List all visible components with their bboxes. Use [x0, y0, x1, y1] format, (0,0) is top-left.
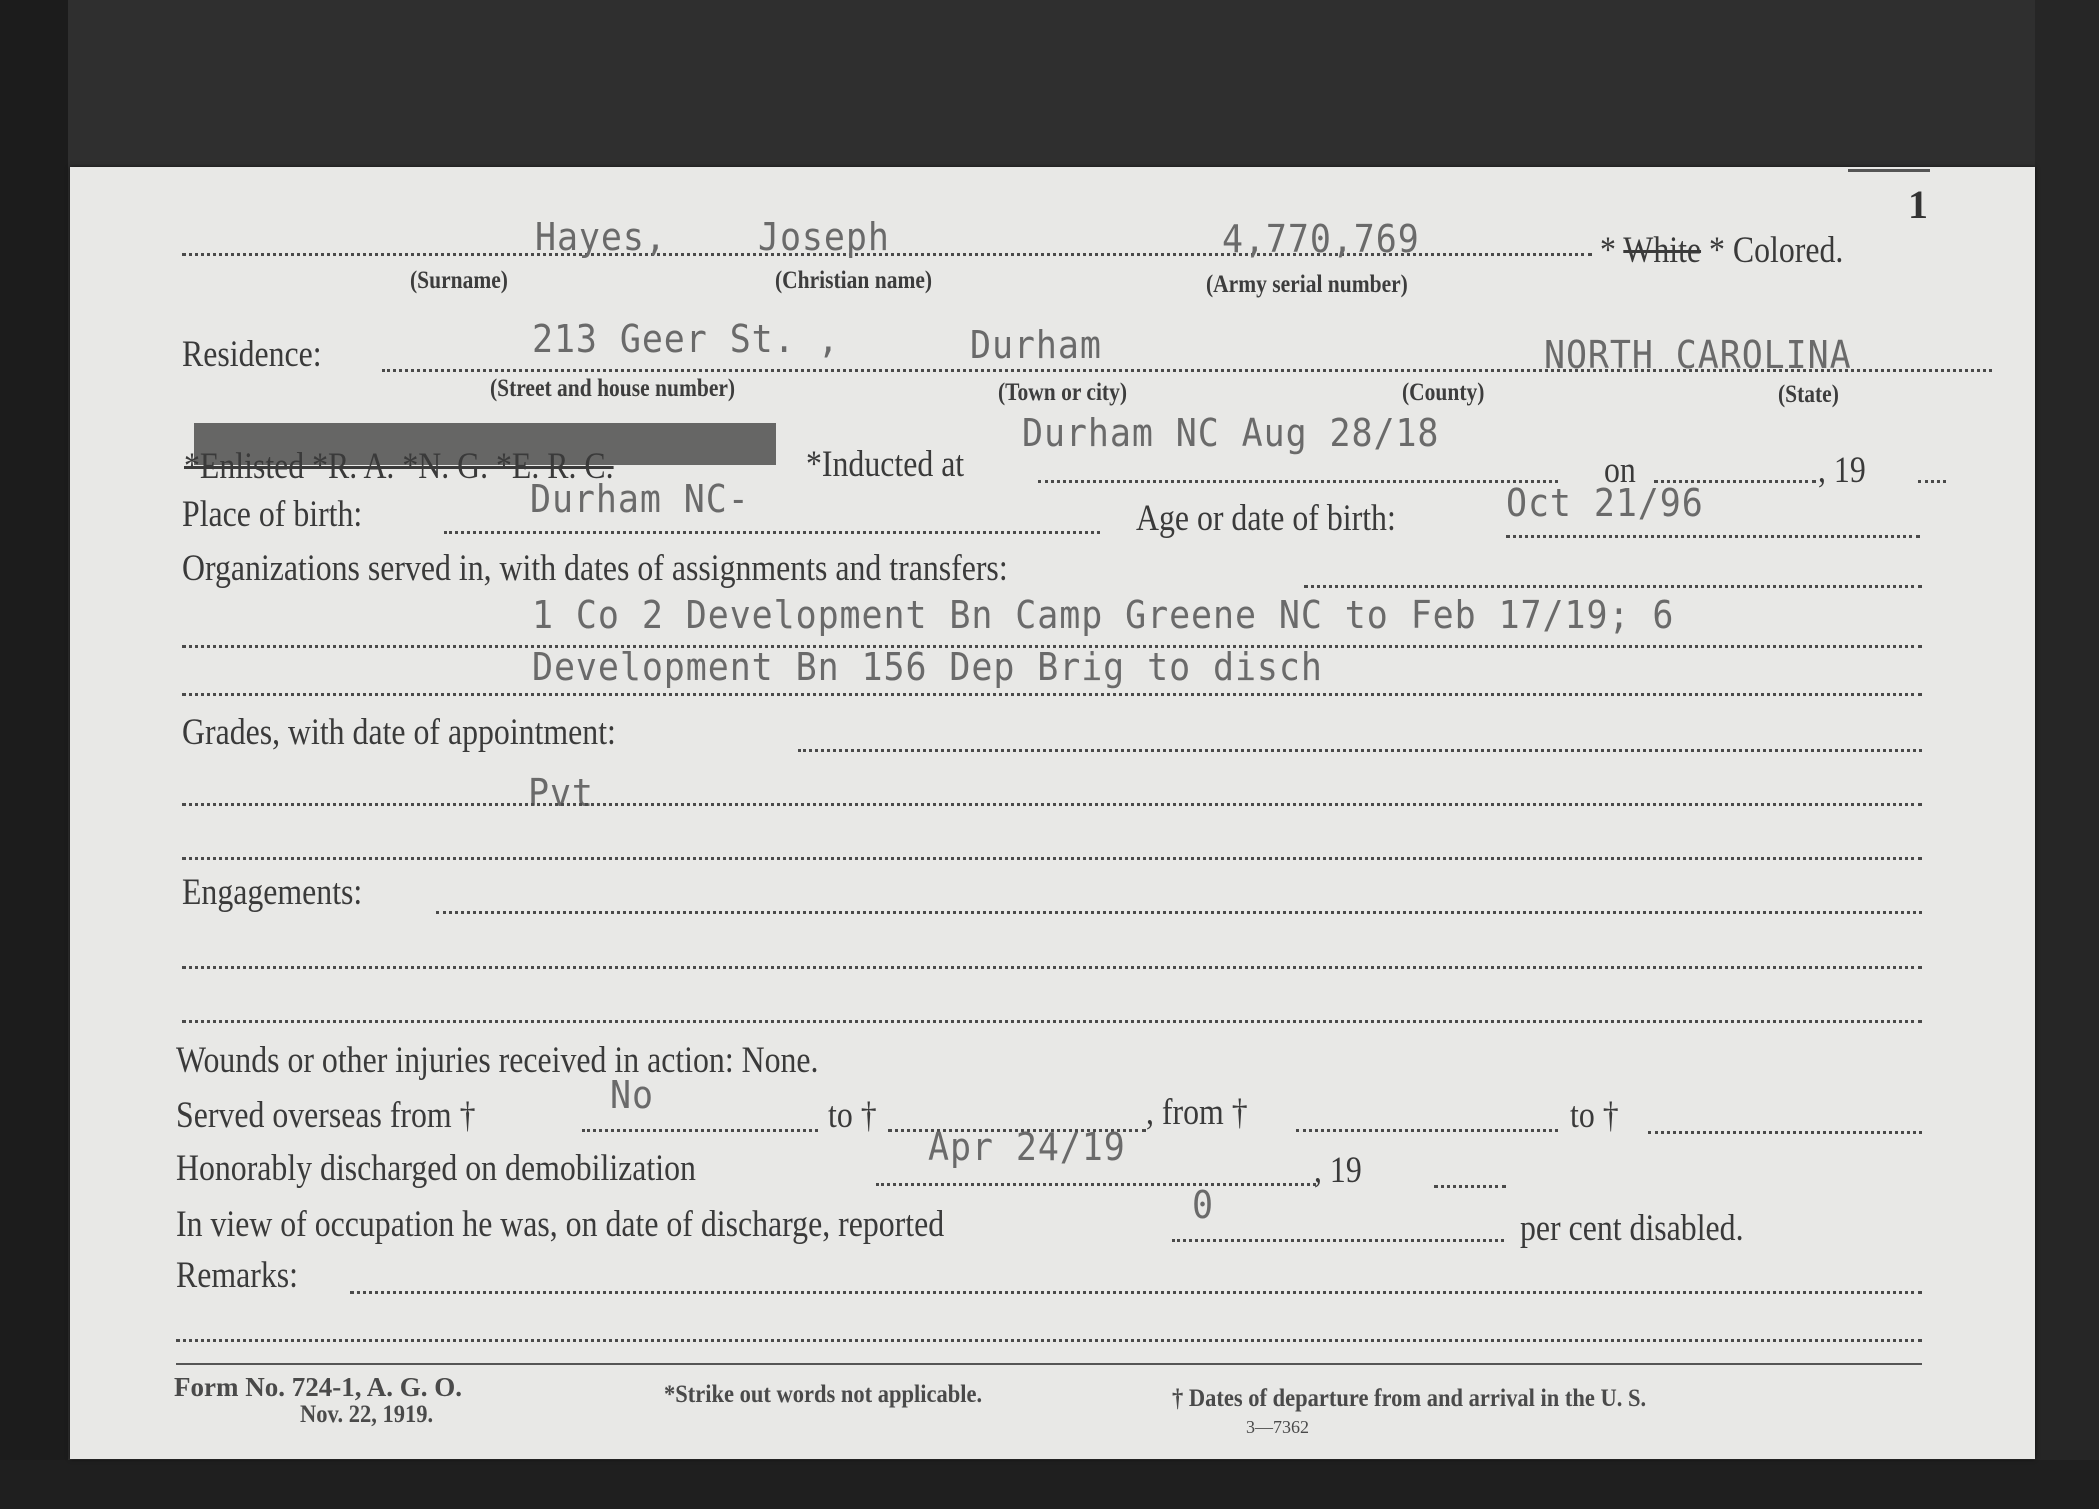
- discharge-value: Apr 24/19: [928, 1125, 1126, 1169]
- scanner-background-bottom: [0, 1460, 2099, 1509]
- remarks-label: Remarks:: [176, 1254, 298, 1297]
- residence-street-value: 213 Geer St. ,: [532, 317, 840, 361]
- discharge-label: Honorably discharged on demobilization: [176, 1147, 696, 1190]
- footer-rule: [176, 1363, 1922, 1365]
- christian-name-value: Joseph: [758, 215, 890, 259]
- residence-state-value: NORTH CAROLINA: [1544, 333, 1852, 377]
- overseas-from-value: No: [610, 1073, 654, 1117]
- race-option-colored: Colored.: [1733, 230, 1843, 271]
- service-record-card: 1 Hayes, Joseph 4,770,769 * White * Colo…: [70, 167, 2035, 1459]
- print-code: 3—7362: [1246, 1417, 1309, 1438]
- army-serial-number-value: 4,770,769: [1222, 217, 1420, 261]
- grades-line-2: [182, 857, 1922, 860]
- overseas-to2-label: to †: [1570, 1094, 1619, 1137]
- overseas-from-label: Served overseas from †: [176, 1094, 476, 1137]
- overseas-from2-label: , from †: [1146, 1091, 1248, 1134]
- organizations-line-2: [182, 693, 1922, 696]
- strike-note: *Strike out words not applicable.: [664, 1381, 982, 1409]
- inducted-at-value: Durham NC Aug 28/18: [1022, 411, 1439, 455]
- date-of-birth-value: Oct 21/96: [1506, 481, 1704, 525]
- county-caption: (County): [1402, 379, 1484, 407]
- surname-caption: (Surname): [410, 267, 508, 295]
- form-date: Nov. 22, 1919.: [300, 1401, 433, 1429]
- wounds-value: None.: [742, 1040, 819, 1081]
- date-of-birth-label: Age or date of birth:: [1136, 497, 1396, 540]
- discharge-year-label: , 19: [1314, 1149, 1362, 1192]
- grades-label: Grades, with date of appointment:: [182, 711, 616, 754]
- inducted-year-line: [1918, 480, 1946, 483]
- place-of-birth-label: Place of birth:: [182, 493, 362, 536]
- scanner-background-right: [2035, 0, 2099, 1509]
- overseas-from-line: [582, 1129, 818, 1132]
- grades-line-0: [798, 749, 1922, 752]
- place-of-birth-line: [444, 531, 1100, 534]
- engagements-line-0: [436, 911, 1922, 914]
- inducted-at-line: [1038, 480, 1558, 483]
- disability-label: In view of occupation he was, on date of…: [176, 1203, 944, 1246]
- state-caption: (State): [1778, 381, 1839, 409]
- card-number-rule: [1848, 169, 1930, 172]
- organizations-line-0: [1304, 585, 1922, 588]
- discharge-line: [876, 1183, 1316, 1186]
- grades-line-1: [182, 803, 1922, 806]
- town-caption: (Town or city): [998, 379, 1127, 407]
- organizations-entry-2: Development Bn 156 Dep Brig to disch: [532, 645, 1323, 689]
- scanner-background-left: [0, 0, 68, 1509]
- surname-value: Hayes,: [535, 215, 667, 259]
- engagements-line-2: [182, 1020, 1922, 1023]
- overseas-to2-line: [1648, 1131, 1922, 1134]
- inducted-year-label: , 19: [1818, 449, 1866, 492]
- disability-line: [1172, 1239, 1504, 1242]
- race-field: * White * Colored.: [1600, 229, 1843, 272]
- wounds-field: Wounds or other injuries received in act…: [176, 1039, 819, 1082]
- overseas-to-label: to †: [828, 1094, 877, 1137]
- army-serial-caption: (Army serial number): [1206, 271, 1408, 299]
- race-option-white: White: [1623, 230, 1701, 271]
- overseas-from2-line: [1296, 1129, 1558, 1132]
- christian-name-caption: (Christian name): [775, 267, 932, 295]
- organizations-entry-1: 1 Co 2 Development Bn Camp Greene NC to …: [532, 593, 1674, 637]
- engagements-line-1: [182, 966, 1922, 969]
- form-number: Form No. 724-1, A. G. O.: [174, 1372, 462, 1403]
- grades-value: Pvt: [528, 771, 594, 815]
- residence-label: Residence:: [182, 333, 322, 376]
- remarks-line-0: [350, 1291, 1922, 1294]
- inducted-at-label: *Inducted at: [806, 443, 964, 486]
- disability-suffix: per cent disabled.: [1520, 1207, 1744, 1250]
- dates-note: † Dates of departure from and arrival in…: [1172, 1385, 1646, 1413]
- residence-town-value: Durham: [970, 323, 1102, 367]
- date-of-birth-line: [1506, 535, 1920, 538]
- organizations-label: Organizations served in, with dates of a…: [182, 547, 1008, 590]
- street-caption: (Street and house number): [490, 375, 735, 403]
- card-number: 1: [1908, 181, 1928, 228]
- place-of-birth-value: Durham NC-: [530, 477, 750, 521]
- remarks-line-1: [176, 1339, 1922, 1342]
- engagements-label: Engagements:: [182, 871, 362, 914]
- disability-value: 0: [1192, 1183, 1214, 1227]
- discharge-year-line: [1434, 1185, 1506, 1188]
